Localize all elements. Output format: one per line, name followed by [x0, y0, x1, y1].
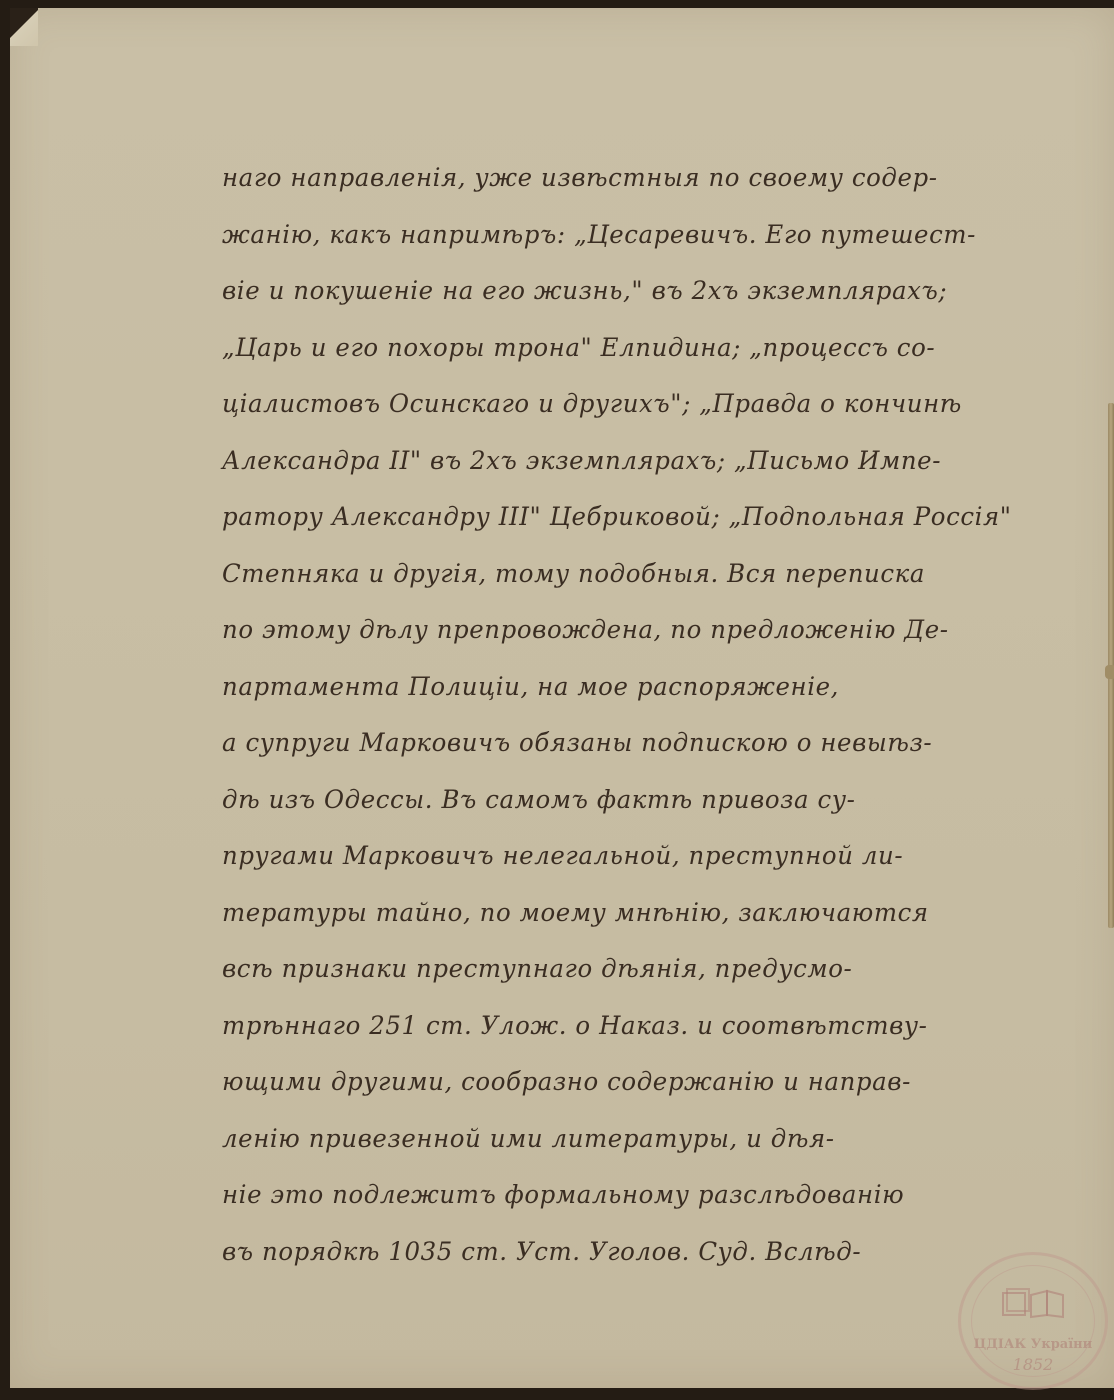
binding-knot: [1105, 665, 1114, 679]
text-line-7: ратору Александру III" Цебриковой; „Подп…: [222, 489, 1082, 546]
text-line-14: тературы тайно, по моему мнѣнію, заключа…: [222, 885, 1082, 942]
text-line-17: ющими другими, сообразно содержанію и на…: [222, 1054, 1082, 1111]
text-line-18: ленію привезенной ими литературы, и дѣя-: [222, 1111, 1082, 1168]
text-line-3: віе и покушеніе на его жизнь," въ 2хъ эк…: [222, 263, 1082, 320]
text-line-12: дѣ изъ Одессы. Въ самомъ фактѣ привоза с…: [222, 772, 1082, 829]
text-line-6: Александра II" въ 2хъ экземплярахъ; „Пис…: [222, 433, 1082, 490]
text-line-16: трѣннаго 251 ст. Улож. о Наказ. и соотвѣ…: [222, 998, 1082, 1055]
text-line-2: жанію, какъ напримѣръ: „Цесаревичъ. Его …: [222, 207, 1082, 264]
manuscript-text: нагo направленія, уже извѣстныя по своем…: [222, 150, 1102, 1280]
text-line-13: пругами Марковичъ нелегальной, преступно…: [222, 828, 1082, 885]
text-line-5: ціалистовъ Осинскаго и другихъ"; „Правда…: [222, 376, 1082, 433]
text-line-15: всѣ признаки преступнаго дѣянія, предусм…: [222, 941, 1082, 998]
text-line-1: нагo направленія, уже извѣстныя по своем…: [222, 150, 1082, 207]
books-icon: [1001, 1285, 1067, 1319]
archive-stamp: ЦДІАК України 1852: [958, 1252, 1108, 1390]
text-line-19: ніе это подлежитъ формальному разслѣдова…: [222, 1167, 1082, 1224]
text-line-11: а супруги Марковичъ обязаны подпискою о …: [222, 715, 1082, 772]
text-line-9: по этому дѣлу препровождена, по предложе…: [222, 602, 1082, 659]
text-line-8: Степняка и другія, тому подобныя. Вся пе…: [222, 546, 1082, 603]
text-line-20: въ порядкѣ 1035 ст. Уст. Уголов. Суд. Вс…: [222, 1224, 1082, 1281]
text-line-10: партамента Полиціи, на мое распоряженіе,: [222, 659, 1082, 716]
stamp-year: 1852: [961, 1355, 1105, 1374]
stamp-archive-name: ЦДІАК України: [961, 1337, 1105, 1352]
text-line-4: „Царь и его похоры трона" Елпидина; „про…: [222, 320, 1082, 377]
